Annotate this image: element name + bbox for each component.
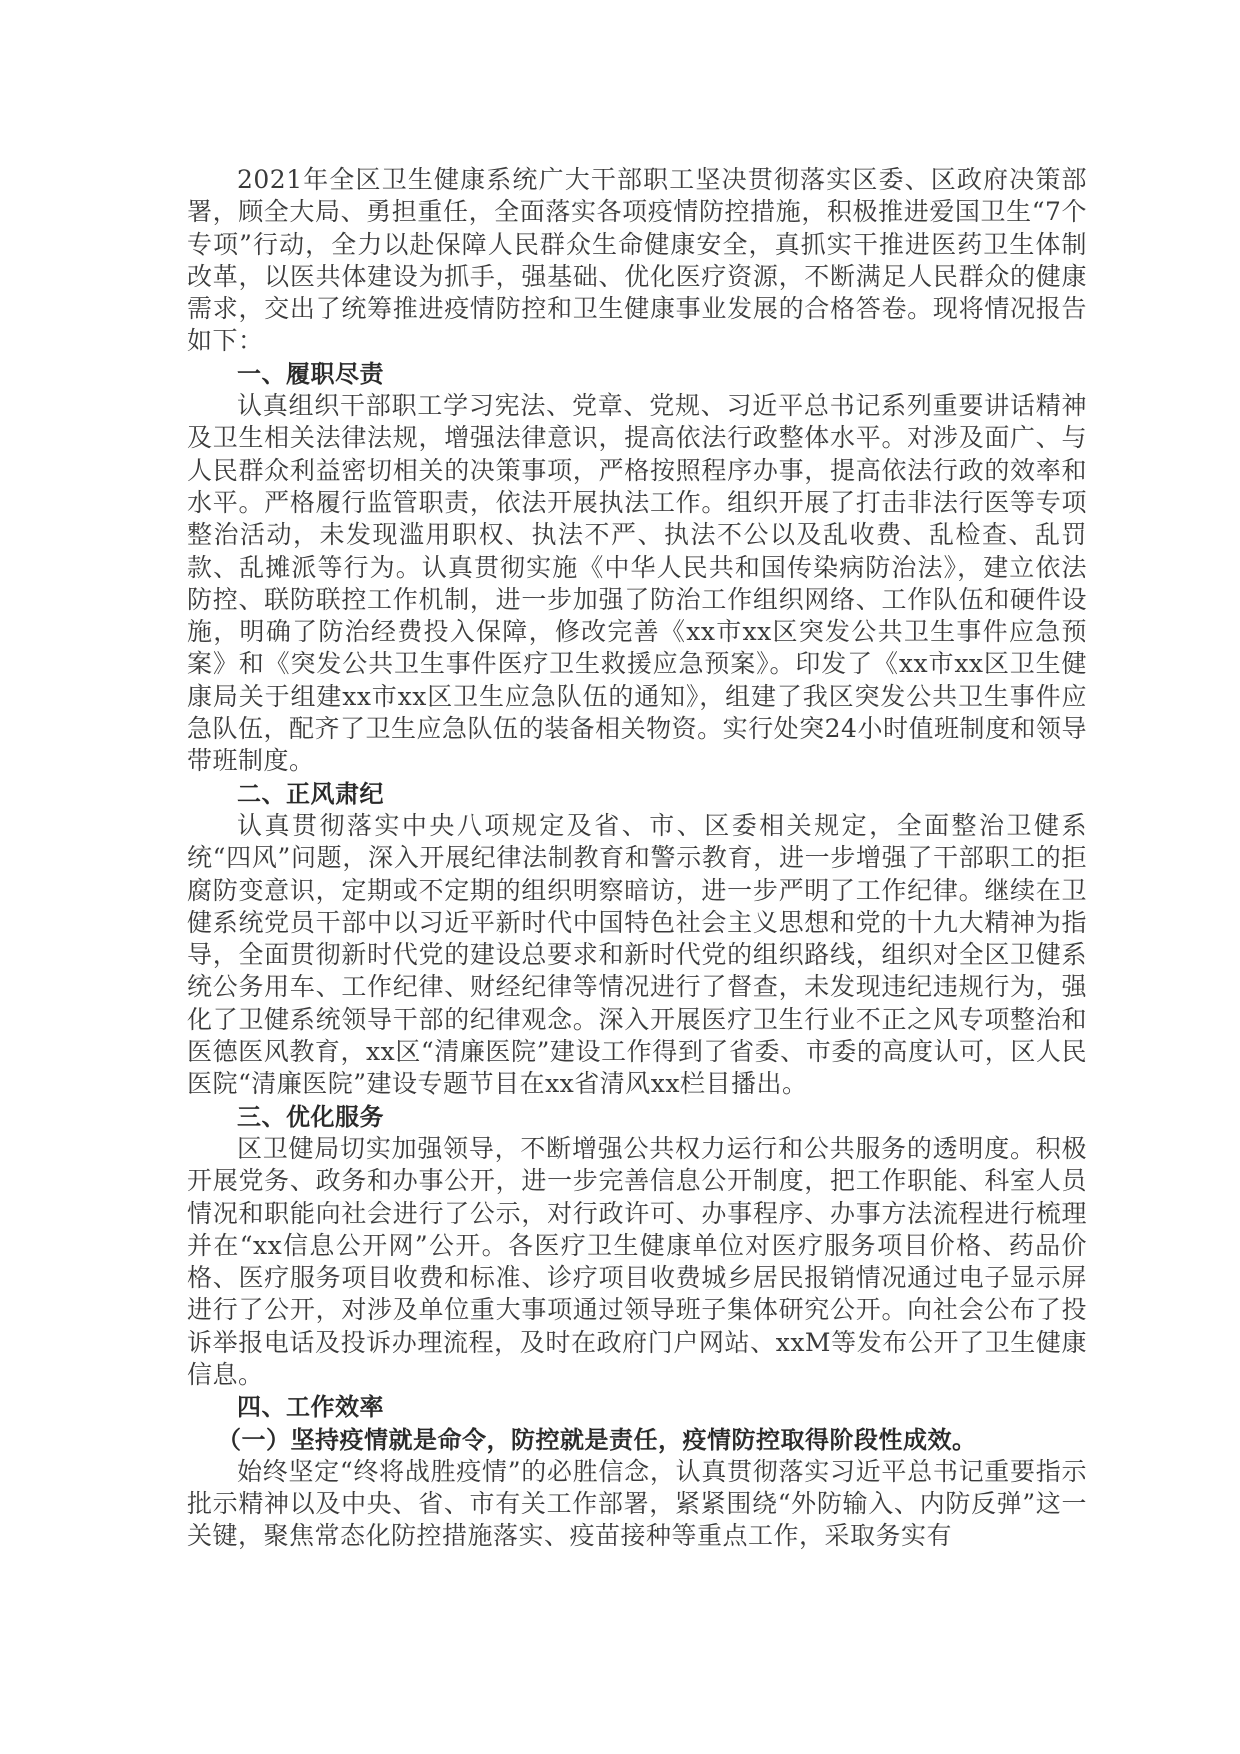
- section-service: 三、优化服务 区卫健局切实加强领导，不断增强公共权力运行和公共服务的透明度。积极…: [187, 1101, 1087, 1392]
- section-discipline: 二、正风肃纪 认真贯彻落实中央八项规定及省、市、区委相关规定，全面整治卫健系统“…: [187, 778, 1087, 1101]
- section-heading: 三、优化服务: [187, 1101, 1087, 1133]
- section-heading: 四、工作效率: [187, 1391, 1087, 1423]
- section-subheading: （一）坚持疫情就是命令，防控就是责任，疫情防控取得阶段性成效。: [187, 1424, 1087, 1456]
- section-heading: 一、履职尽责: [187, 358, 1087, 390]
- section-paragraph: 始终坚定“终将战胜疫情”的必胜信念，认真贯彻落实习近平总书记重要指示批示精神以及…: [187, 1456, 1087, 1553]
- section-duty: 一、履职尽责 认真组织干部职工学习宪法、党章、党规、习近平总书记系列重要讲话精神…: [187, 358, 1087, 778]
- section-efficiency: 四、工作效率 （一）坚持疫情就是命令，防控就是责任，疫情防控取得阶段性成效。 始…: [187, 1391, 1087, 1552]
- section-paragraph: 认真贯彻落实中央八项规定及省、市、区委相关规定，全面整治卫健系统“四风”问题，深…: [187, 810, 1087, 1101]
- document-page: 2021年全区卫生健康系统广大干部职工坚决贯彻落实区委、区政府决策部署，顾全大局…: [187, 164, 1087, 1553]
- section-heading: 二、正风肃纪: [187, 778, 1087, 810]
- section-paragraph: 认真组织干部职工学习宪法、党章、党规、习近平总书记系列重要讲话精神及卫生相关法律…: [187, 390, 1087, 778]
- intro-paragraph: 2021年全区卫生健康系统广大干部职工坚决贯彻落实区委、区政府决策部署，顾全大局…: [187, 164, 1087, 358]
- section-paragraph: 区卫健局切实加强领导，不断增强公共权力运行和公共服务的透明度。积极开展党务、政务…: [187, 1133, 1087, 1391]
